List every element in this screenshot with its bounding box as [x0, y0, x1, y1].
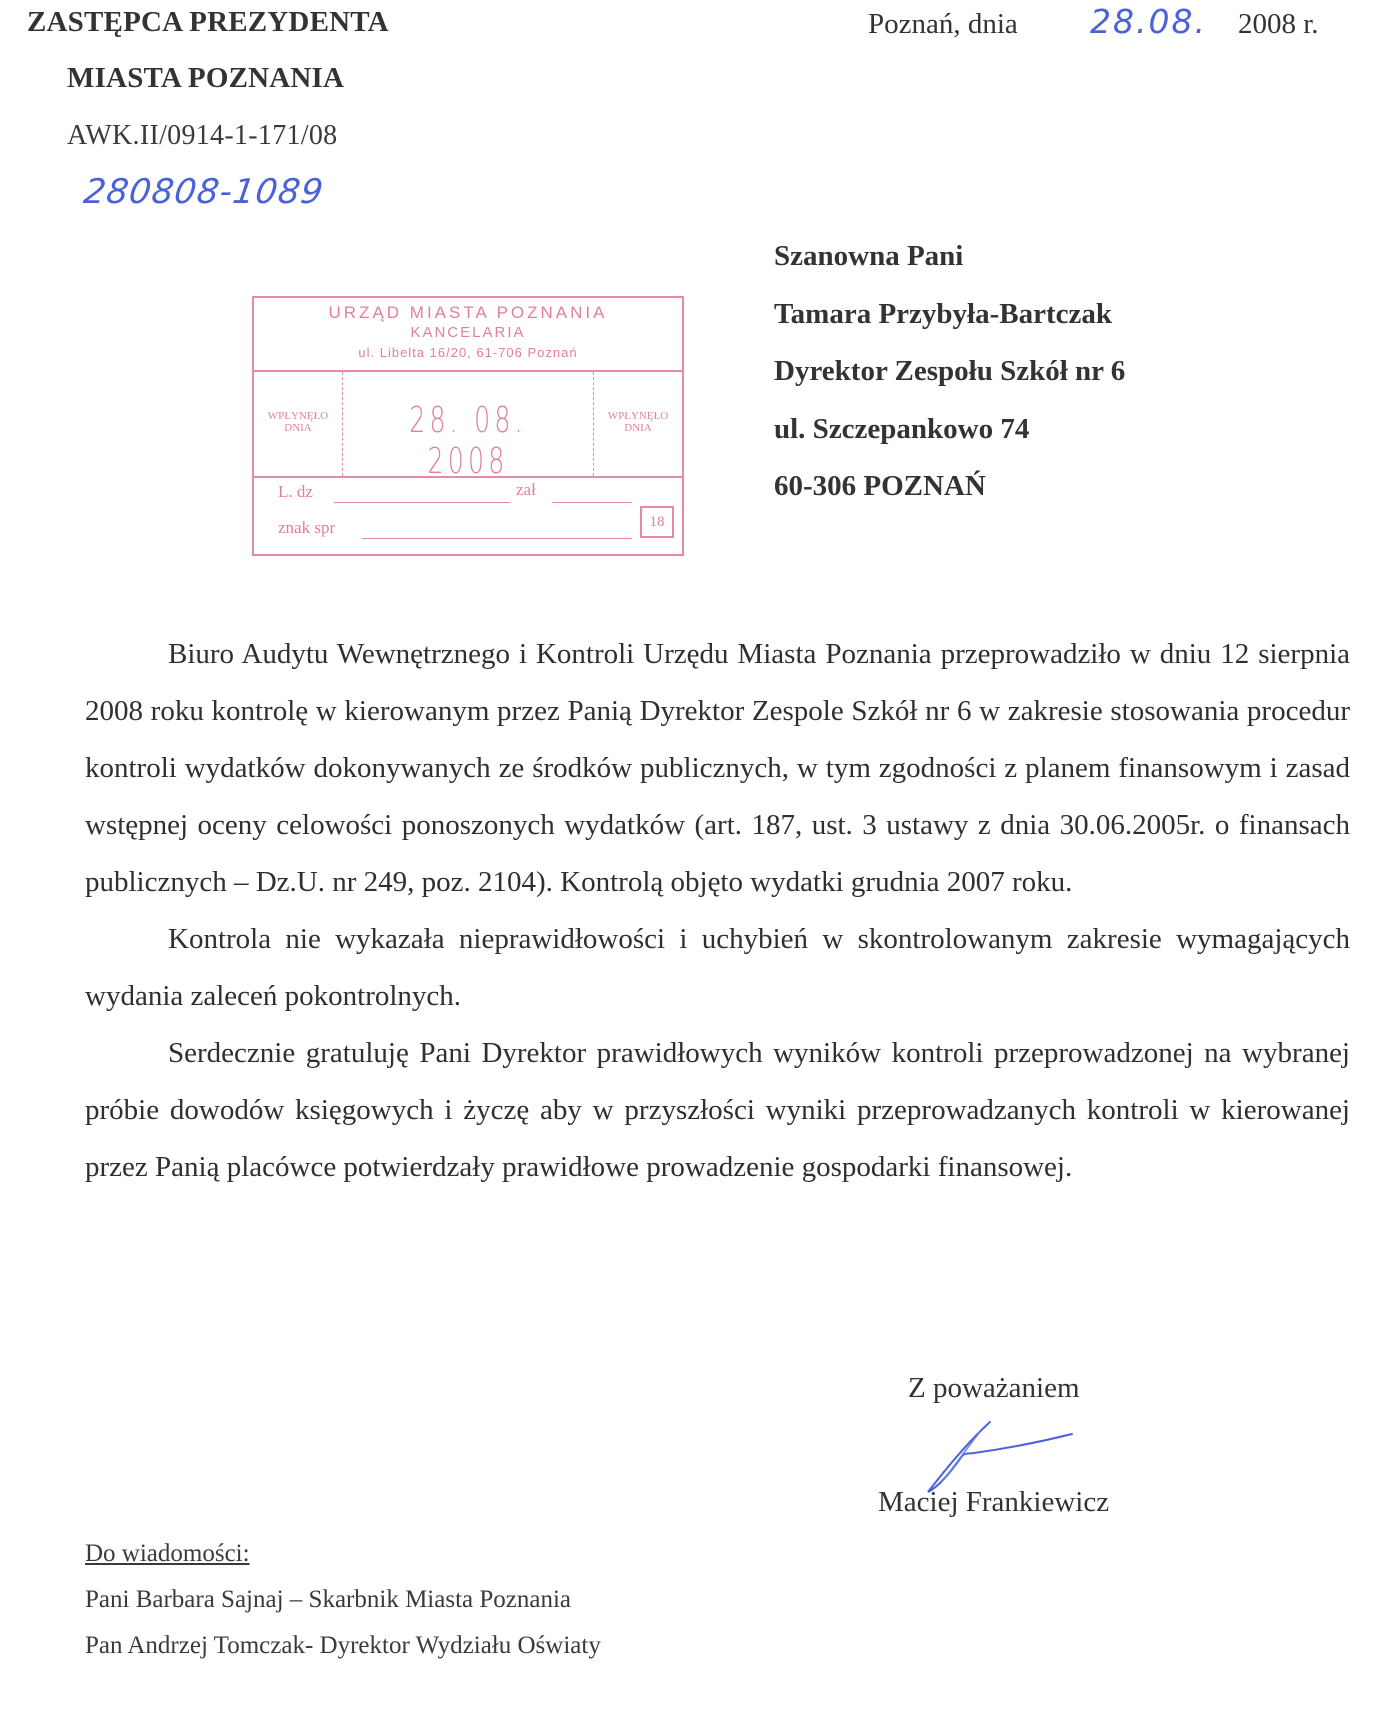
stamp-znak-label: znak spr — [278, 518, 335, 538]
stamp-date-row: WPŁYNĘŁO DNIA 28. 08. 2008 WPŁYNĘŁO DNIA — [254, 372, 682, 478]
body-paragraph-1: Biuro Audytu Wewnętrznego i Kontroli Urz… — [85, 626, 1350, 911]
body-paragraph-2: Kontrola nie wykazała nieprawidłowości i… — [85, 911, 1350, 1025]
handwritten-registry-number: 280808-1089 — [81, 172, 326, 212]
stamp-zal-label: zał — [516, 480, 536, 500]
stamp-received-date: 28. 08. 2008 — [381, 400, 555, 482]
addressee-name: Tamara Przybyła-Bartczak — [774, 286, 1125, 344]
letter-body: Biuro Audytu Wewnętrznego i Kontroli Urz… — [85, 626, 1350, 1196]
cc-block: Do wiadomości: Pani Barbara Sajnaj – Ska… — [85, 1540, 601, 1660]
closing-regards: Z poważaniem — [908, 1372, 1080, 1405]
registry-stamp: URZĄD MIASTA POZNANIA KANCELARIA ul. Lib… — [252, 296, 684, 556]
addressee-block: Szanowna Pani Tamara Przybyła-Bartczak D… — [774, 228, 1125, 516]
stamp-ldz-label: L. dz — [278, 482, 313, 502]
addressee-city: 60-306 POZNAŃ — [774, 458, 1125, 516]
stamp-office-name: URZĄD MIASTA POZNANIA — [254, 303, 682, 323]
stamp-address: ul. Libelta 16/20, 61-706 Poznań — [254, 343, 682, 363]
addressee-position: Dyrektor Zespołu Szkół nr 6 — [774, 343, 1125, 401]
signatory-name: Maciej Frankiewicz — [878, 1486, 1109, 1519]
cc-title: Do wiadomości: — [85, 1540, 601, 1568]
reference-number: AWK.II/0914-1-171/08 — [67, 120, 337, 152]
stamp-header: URZĄD MIASTA POZNANIA KANCELARIA ul. Lib… — [254, 298, 682, 372]
date-year: 2008 r. — [1238, 8, 1319, 41]
stamp-footer: L. dz zał znak spr 18 — [254, 478, 682, 552]
addressee-salutation: Szanowna Pani — [774, 228, 1125, 286]
body-paragraph-3: Serdecznie gratuluję Pani Dyrektor prawi… — [85, 1025, 1350, 1196]
handwritten-date: 28.08. — [1090, 2, 1207, 41]
stamp-zal-line — [552, 502, 632, 503]
cc-recipient: Pani Barbara Sajnaj – Skarbnik Miasta Po… — [85, 1586, 601, 1614]
stamp-department: KANCELARIA — [254, 323, 682, 343]
addressee-street: ul. Szczepankowo 74 — [774, 401, 1125, 459]
cc-recipient: Pan Andrzej Tomczak- Dyrektor Wydziału O… — [85, 1632, 601, 1660]
stamp-box-number: 18 — [640, 506, 674, 538]
stamp-received-label-left: WPŁYNĘŁO DNIA — [254, 372, 343, 476]
stamp-received-label-right: WPŁYNĘŁO DNIA — [593, 372, 682, 476]
stamp-znak-line — [362, 538, 632, 539]
date-place-label: Poznań, dnia — [868, 8, 1018, 41]
sender-title-line2: MIASTA POZNANIA — [67, 62, 344, 95]
stamp-ldz-line — [334, 502, 510, 503]
sender-title-line1: ZASTĘPCA PREZYDENTA — [27, 6, 389, 39]
